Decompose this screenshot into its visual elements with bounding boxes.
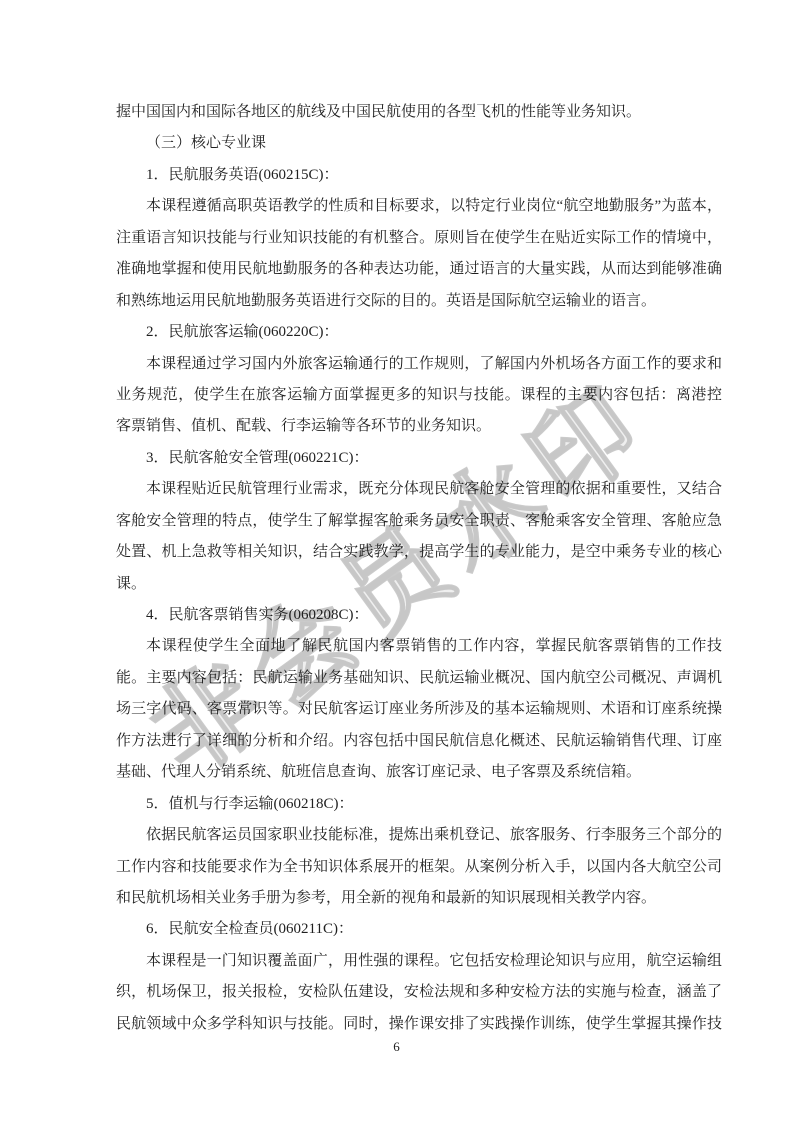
text-line: 处置、机上急救等相关知识，结合实践教学，提高学生的专业能力，是空中乘务专业的核心 xyxy=(116,537,722,568)
text-line: 2．民航旅客运输(060220C)： xyxy=(116,317,722,348)
text-line: 工作内容和技能要求作为全书知识体系展开的框架。从案例分析入手，以国内各大航空公司 xyxy=(116,852,722,883)
text-line: 准确地掌握和使用民航地勤服务的各种表达功能，通过语言的大量实践，从而达到能够准确 xyxy=(116,254,722,285)
text-line: 客票销售、值机、配载、行李运输等各环节的业务知识。 xyxy=(116,411,722,442)
text-line: 本课程使学生全面地了解民航国内客票销售的工作内容，掌握民航客票销售的工作技 xyxy=(116,631,722,662)
text-line: （三）核心专业课 xyxy=(116,128,722,159)
text-line: 能。主要内容包括：民航运输业务基础知识、民航运输业概况、国内航空公司概况、声调机 xyxy=(116,663,722,694)
text-line: 依据民航客运员国家职业技能标准，提炼出乘机登记、旅客服务、行李服务三个部分的 xyxy=(116,820,722,851)
text-line: 5．值机与行李运输(060218C)： xyxy=(116,789,722,820)
document-body: 握中国国内和国际各地区的航线及中国民航使用的各型飞机的性能等业务知识。（三）核心… xyxy=(116,97,722,1040)
text-line: 本课程遵循高职英语教学的性质和目标要求，以特定行业岗位“航空地勤服务”为蓝本， xyxy=(116,191,722,222)
text-line: 1．民航服务英语(060215C)： xyxy=(116,160,722,191)
text-line: 握中国国内和国际各地区的航线及中国民航使用的各型飞机的性能等业务知识。 xyxy=(116,97,722,128)
text-line: 民航领域中众多学科知识与技能。同时，操作课安排了实践操作训练，使学生掌握其操作技 xyxy=(116,1009,722,1040)
text-line: 本课程通过学习国内外旅客运输通行的工作规则，了解国内外机场各方面工作的要求和 xyxy=(116,349,722,380)
text-line: 客舱安全管理的特点，使学生了解掌握客舱乘务员安全职责、客舱乘客安全管理、客舱应急 xyxy=(116,506,722,537)
text-line: 织，机场保卫，报关报检，安检队伍建设，安检法规和多种安检方法的实施与检查，涵盖了 xyxy=(116,977,722,1008)
text-line: 基础、代理人分销系统、航班信息查询、旅客订座记录、电子客票及系统信箱。 xyxy=(116,757,722,788)
text-line: 作方法进行了详细的分析和介绍。内容包括中国民航信息化概述、民航运输销售代理、订座 xyxy=(116,726,722,757)
document-page: 非会员水印 握中国国内和国际各地区的航线及中国民航使用的各型飞机的性能等业务知识… xyxy=(0,0,793,1122)
text-line: 注重语言知识技能与行业知识技能的有机整合。原则旨在使学生在贴近实际工作的情境中， xyxy=(116,223,722,254)
text-line: 本课程是一门知识覆盖面广，用性强的课程。它包括安检理论知识与应用，航空运输组 xyxy=(116,946,722,977)
text-line: 和熟练地运用民航地勤服务英语进行交际的目的。英语是国际航空运输业的语言。 xyxy=(116,286,722,317)
text-line: 6．民航安全检查员(060211C)： xyxy=(116,914,722,945)
text-line: 3．民航客舱安全管理(060221C)： xyxy=(116,443,722,474)
text-line: 本课程贴近民航管理行业需求，既充分体现民航客舱安全管理的依据和重要性，又结合 xyxy=(116,474,722,505)
page-number: 6 xyxy=(0,1038,793,1056)
text-line: 课。 xyxy=(116,569,722,600)
text-line: 4．民航客票销售实务(060208C)： xyxy=(116,600,722,631)
text-line: 和民航机场相关业务手册为参考，用全新的视角和最新的知识展现相关教学内容。 xyxy=(116,883,722,914)
text-line: 场三字代码、客票常识等。对民航客运订座业务所涉及的基本运输规则、术语和订座系统操 xyxy=(116,694,722,725)
text-line: 业务规范，使学生在旅客运输方面掌握更多的知识与技能。课程的主要内容包括：离港控制… xyxy=(116,380,722,411)
